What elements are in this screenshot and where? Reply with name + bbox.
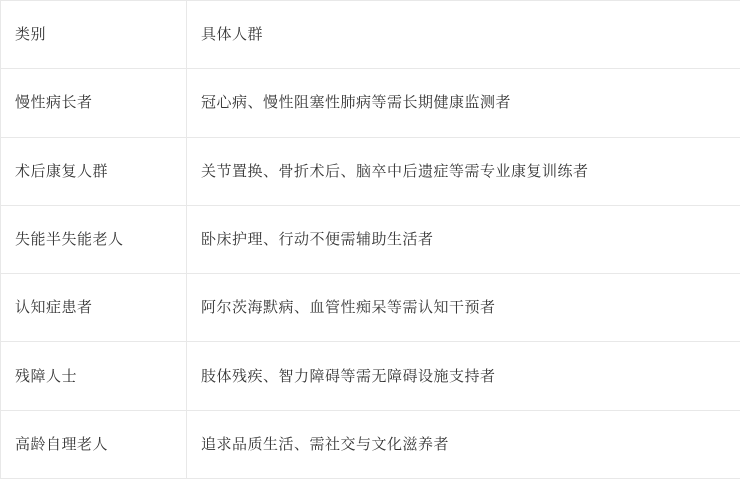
cell-population: 阿尔茨海默病、血管性痴呆等需认知干预者 (187, 274, 740, 342)
table-row: 认知症患者 阿尔茨海默病、血管性痴呆等需认知干预者 (1, 274, 740, 342)
cell-category: 术后康复人群 (1, 137, 187, 205)
table-row: 残障人士 肢体残疾、智力障碍等需无障碍设施支持者 (1, 342, 740, 410)
cell-category: 残障人士 (1, 342, 187, 410)
cell-category: 失能半失能老人 (1, 205, 187, 273)
cell-population: 肢体残疾、智力障碍等需无障碍设施支持者 (187, 342, 740, 410)
cell-population: 追求品质生活、需社交与文化滋养者 (187, 410, 740, 478)
cell-category: 认知症患者 (1, 274, 187, 342)
cell-category: 高龄自理老人 (1, 410, 187, 478)
table-row: 失能半失能老人 卧床护理、行动不便需辅助生活者 (1, 205, 740, 273)
cell-population: 关节置换、骨折术后、脑卒中后遗症等需专业康复训练者 (187, 137, 740, 205)
header-cell-population: 具体人群 (187, 1, 740, 69)
cell-category: 慢性病长者 (1, 69, 187, 137)
table-container: 类别 具体人群 慢性病长者 冠心病、慢性阻塞性肺病等需长期健康监测者 术后康复人… (0, 0, 740, 479)
table-row: 慢性病长者 冠心病、慢性阻塞性肺病等需长期健康监测者 (1, 69, 740, 137)
header-cell-category: 类别 (1, 1, 187, 69)
population-table: 类别 具体人群 慢性病长者 冠心病、慢性阻塞性肺病等需长期健康监测者 术后康复人… (0, 0, 740, 479)
table-row: 术后康复人群 关节置换、骨折术后、脑卒中后遗症等需专业康复训练者 (1, 137, 740, 205)
table-header-row: 类别 具体人群 (1, 1, 740, 69)
cell-population: 卧床护理、行动不便需辅助生活者 (187, 205, 740, 273)
table-row: 高龄自理老人 追求品质生活、需社交与文化滋养者 (1, 410, 740, 478)
cell-population: 冠心病、慢性阻塞性肺病等需长期健康监测者 (187, 69, 740, 137)
